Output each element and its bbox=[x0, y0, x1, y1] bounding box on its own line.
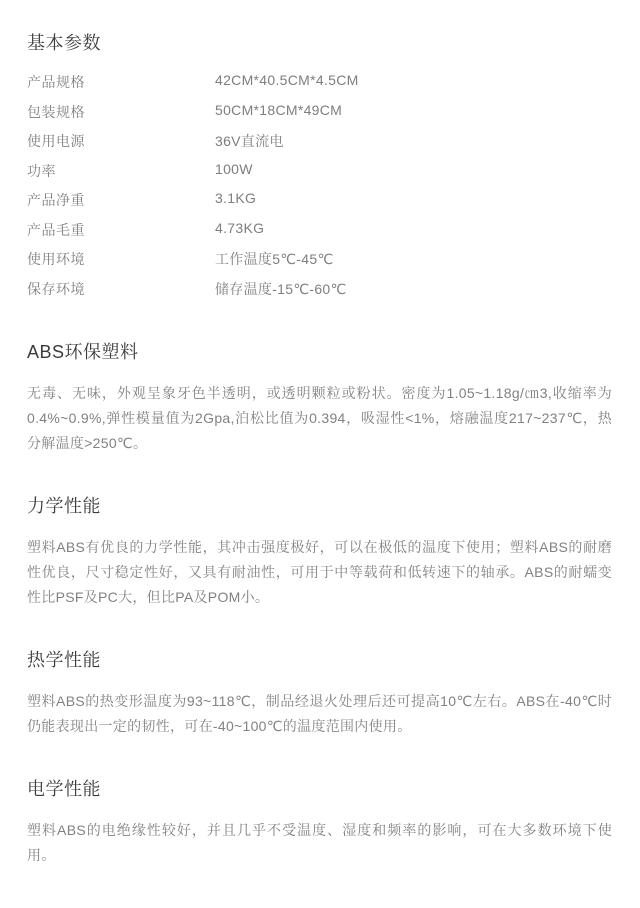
electrical-properties-title: 电学性能 bbox=[27, 777, 612, 801]
spec-label: 保存环境 bbox=[27, 279, 215, 299]
thermal-properties-body: 塑料ABS的热变形温度为93~118℃，制品经退火处理后还可提高10℃左右。AB… bbox=[27, 689, 612, 739]
mechanical-properties-section: 力学性能 塑料ABS有优良的力学性能，其冲击强度极好，可以在极低的温度下使用；塑… bbox=[27, 494, 612, 610]
spec-value: 4.73KG bbox=[215, 220, 612, 236]
spec-value: 50CM*18CM*49CM bbox=[215, 102, 612, 118]
spec-value: 储存温度-15℃-60℃ bbox=[215, 279, 612, 299]
spec-value: 36V直流电 bbox=[215, 131, 612, 151]
spec-row-gross-weight: 产品毛重 4.73KG bbox=[27, 220, 612, 250]
product-detail-page: 基本参数 产品规格 42CM*40.5CM*4.5CM 包装规格 50CM*18… bbox=[0, 0, 640, 908]
spec-value: 工作温度5℃-45℃ bbox=[215, 249, 612, 269]
spec-value: 3.1KG bbox=[215, 190, 612, 206]
mechanical-properties-title: 力学性能 bbox=[27, 494, 612, 518]
spec-row-net-weight: 产品净重 3.1KG bbox=[27, 190, 612, 220]
spec-label: 产品净重 bbox=[27, 190, 215, 210]
thermal-properties-title: 热学性能 bbox=[27, 648, 612, 672]
spec-table: 产品规格 42CM*40.5CM*4.5CM 包装规格 50CM*18CM*49… bbox=[27, 72, 612, 308]
spec-label: 包装规格 bbox=[27, 102, 215, 122]
electrical-properties-body: 塑料ABS的电绝缘性较好，并且几乎不受温度、湿度和频率的影响，可在大多数环境下使… bbox=[27, 818, 612, 868]
spec-row-power-supply: 使用电源 36V直流电 bbox=[27, 131, 612, 161]
spec-value: 100W bbox=[215, 161, 612, 177]
spec-label: 使用电源 bbox=[27, 131, 215, 151]
mechanical-properties-body: 塑料ABS有优良的力学性能，其冲击强度极好，可以在极低的温度下使用；塑料ABS的… bbox=[27, 535, 612, 610]
abs-material-section: ABS环保塑料 无毒、无味，外观呈象牙色半透明，或透明颗粒或粉状。密度为1.05… bbox=[27, 340, 612, 456]
basic-params-section: 基本参数 产品规格 42CM*40.5CM*4.5CM 包装规格 50CM*18… bbox=[27, 31, 612, 308]
abs-material-title: ABS环保塑料 bbox=[27, 340, 612, 364]
spec-label: 产品规格 bbox=[27, 72, 215, 92]
spec-label: 使用环境 bbox=[27, 249, 215, 269]
spec-row-operating-environment: 使用环境 工作温度5℃-45℃ bbox=[27, 249, 612, 279]
spec-row-storage-environment: 保存环境 储存温度-15℃-60℃ bbox=[27, 279, 612, 309]
spec-row-product-size: 产品规格 42CM*40.5CM*4.5CM bbox=[27, 72, 612, 102]
spec-value: 42CM*40.5CM*4.5CM bbox=[215, 72, 612, 88]
spec-row-wattage: 功率 100W bbox=[27, 161, 612, 191]
thermal-properties-section: 热学性能 塑料ABS的热变形温度为93~118℃，制品经退火处理后还可提高10℃… bbox=[27, 648, 612, 739]
spec-label: 功率 bbox=[27, 161, 215, 181]
spec-label: 产品毛重 bbox=[27, 220, 215, 240]
spec-row-package-size: 包装规格 50CM*18CM*49CM bbox=[27, 102, 612, 132]
basic-params-title: 基本参数 bbox=[27, 31, 612, 55]
electrical-properties-section: 电学性能 塑料ABS的电绝缘性较好，并且几乎不受温度、湿度和频率的影响，可在大多… bbox=[27, 777, 612, 868]
abs-material-body: 无毒、无味，外观呈象牙色半透明，或透明颗粒或粉状。密度为1.05~1.18g/㎝… bbox=[27, 381, 612, 456]
